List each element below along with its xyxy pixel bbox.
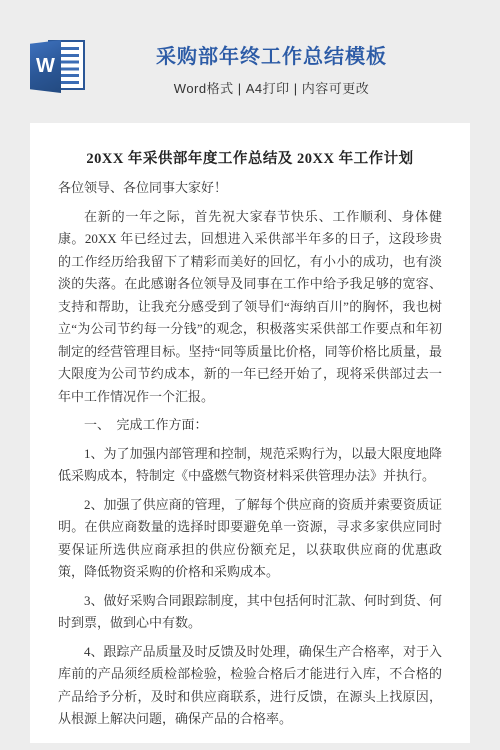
paragraph: 2、加强了供应商的管理，了解每个供应商的资质并索要资质证明。在供应商数量的选择时… [58, 494, 442, 584]
word-icon: W [30, 38, 87, 95]
document-page: 20XX 年采供部年度工作总结及 20XX 年工作计划 各位领导、各位同事大家好… [30, 123, 470, 743]
word-icon-w-panel: W [30, 40, 61, 93]
document-title: 20XX 年采供部年度工作总结及 20XX 年工作计划 [58, 147, 442, 168]
paragraph: 3、做好采购合同跟踪制度，其中包括何时汇款、何时到货、何时到票，做到心中有数。 [58, 590, 442, 635]
paragraph: 4、跟踪产品质量及时反馈及时处理，确保生产合格率，对于入库前的产品须经质检部检验… [58, 641, 442, 731]
paragraph: 在新的一年之际，首先祝大家春节快乐、工作顺利、身体健康。20XX 年已经过去，回… [58, 206, 442, 409]
paragraph: 1、为了加强内部管理和控制，规范采购行为，以最大限度地降低采购成本，特制定《中盛… [58, 443, 442, 488]
paragraph: 各位领导、各位同事大家好！ [58, 177, 442, 200]
document-body: 各位领导、各位同事大家好！在新的一年之际，首先祝大家春节快乐、工作顺利、身体健康… [58, 177, 442, 731]
page-title: 采购部年终工作总结模板 [87, 40, 456, 69]
page-subtitle: Word格式 | A4打印 | 内容可更改 [87, 78, 456, 97]
header: W 采购部年终工作总结模板 Word格式 | A4打印 | 内容可更改 [0, 0, 500, 97]
header-text: 采购部年终工作总结模板 Word格式 | A4打印 | 内容可更改 [87, 38, 470, 97]
paragraph: 一、 完成工作方面： [58, 414, 442, 437]
